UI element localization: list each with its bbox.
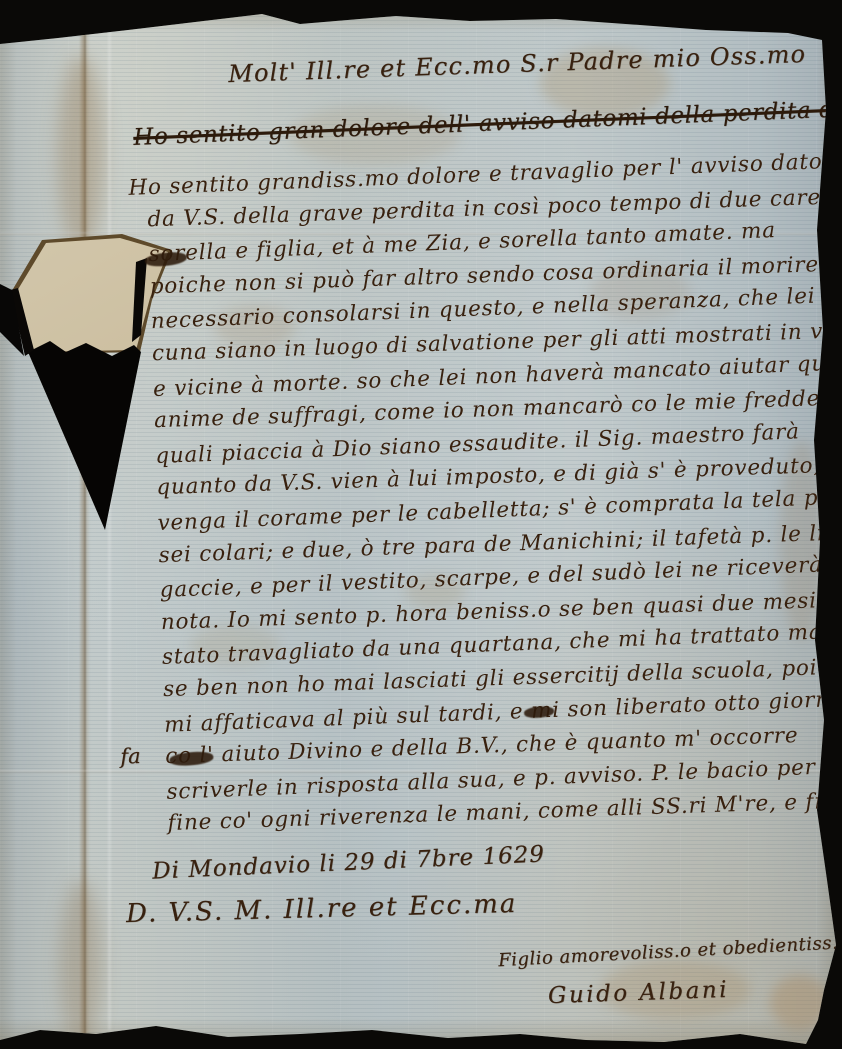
margin-word: fa (120, 744, 141, 769)
letter-body: Ho sentito grandiss.mo dolore e travagli… (128, 150, 842, 845)
salutation: Molt' Ill.re et Ecc.mo S.r Padre mio Oss… (228, 40, 807, 88)
crossed-out-line: Ho sentito gran dolore dell' avviso dato… (133, 95, 842, 151)
signature-title: Figlio amorevoliss.o et obedientiss.o (498, 932, 842, 971)
closing-formula: D. V.S. M. Ill.re et Ecc.ma (126, 889, 518, 929)
handwriting-layer: Molt' Ill.re et Ecc.mo S.r Padre mio Oss… (0, 0, 842, 1049)
dateline: Di Mondavio li 29 di 7bre 1629 (152, 841, 546, 884)
signature-name: Guido Albani (548, 977, 730, 1009)
manuscript-scan: Molt' Ill.re et Ecc.mo S.r Padre mio Oss… (0, 0, 842, 1049)
paper-sheet: Molt' Ill.re et Ecc.mo S.r Padre mio Oss… (0, 0, 842, 1049)
